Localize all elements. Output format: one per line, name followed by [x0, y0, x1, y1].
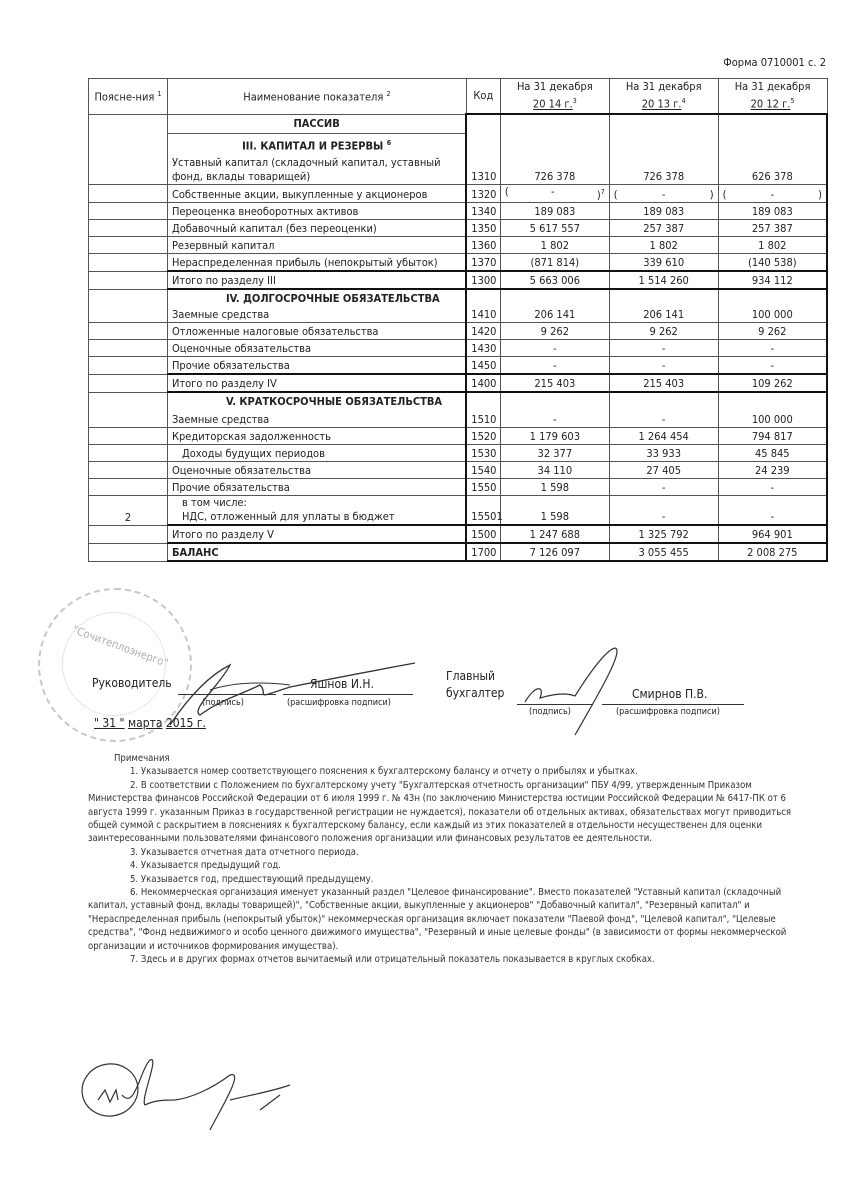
code-cell: 1310	[466, 114, 500, 184]
note-item: 6. Некоммерческая организация именует ук…	[88, 886, 808, 953]
value-cell: (871 814)	[500, 254, 609, 272]
accountant-name: Смирнов П.В.	[632, 687, 707, 701]
accountant-label: Главныйбухгалтер	[446, 668, 504, 702]
table-row: Оценочные обязательства 1430 - - -	[89, 340, 828, 357]
table-row: Резервный капитал 1360 1 802 1 802 1 802	[89, 237, 828, 254]
row-name: в том числе:НДС, отложенный для уплаты в…	[167, 496, 466, 526]
value-cell: (140 538)	[718, 254, 827, 272]
code-cell: 15501	[466, 496, 500, 526]
decode-caption: (расшифровка подписи)	[616, 707, 720, 717]
total-row: Итого по разделу III 1300 5 663 006 1 51…	[89, 271, 828, 289]
table-row: Нераспределенная прибыль (непокрытый убы…	[89, 254, 828, 272]
row-name: Заемные средства	[167, 409, 466, 428]
code-cell: 1370	[466, 254, 500, 272]
page-signature-icon	[80, 1040, 300, 1135]
row-name: Резервный капитал	[167, 237, 466, 254]
code-cell: 1300	[466, 271, 500, 289]
row-name: Оценочные обязательства	[167, 462, 466, 479]
value-cell: 9 262	[500, 323, 609, 340]
value-cell: 1 179 603	[500, 428, 609, 445]
section-row: ПАССИВ 1310 726 378 726 378 626 378	[89, 114, 828, 133]
row-name: Прочие обязательства	[167, 479, 466, 496]
table-row: Собственные акции, выкупленные у акционе…	[89, 184, 828, 203]
value-cell: 206 141	[500, 289, 609, 323]
value-cell: -	[718, 496, 827, 526]
value-cell: 726 378	[609, 114, 718, 184]
value-cell: 189 083	[718, 203, 827, 220]
passiv-title: ПАССИВ	[167, 114, 466, 133]
value-cell: 45 845	[718, 445, 827, 462]
value-cell: 5 617 557	[500, 220, 609, 237]
value-cell: 726 378	[500, 114, 609, 184]
value-cell: 1 802	[718, 237, 827, 254]
table-row: Переоценка внеоборотных активов 1340 189…	[89, 203, 828, 220]
value-cell: -	[609, 357, 718, 375]
row-name: Нераспределенная прибыль (непокрытый убы…	[167, 254, 466, 272]
value-cell: 1 325 792	[609, 525, 718, 543]
value-cell: 1 802	[500, 237, 609, 254]
table-row: Доходы будущих периодов 1530 32 377 33 9…	[89, 445, 828, 462]
value-cell: 189 083	[609, 203, 718, 220]
total-row: Итого по разделу V 1500 1 247 688 1 325 …	[89, 525, 828, 543]
value-cell: 189 083	[500, 203, 609, 220]
note-cell: 2	[89, 496, 168, 526]
value-cell: 34 110	[500, 462, 609, 479]
value-cell: 215 403	[500, 374, 609, 392]
code-cell: 1700	[466, 543, 500, 561]
table-row: Прочие обязательства 1450 - - -	[89, 357, 828, 375]
value-cell: 9 262	[609, 323, 718, 340]
code-cell: 1420	[466, 323, 500, 340]
row-name: Переоценка внеоборотных активов	[167, 203, 466, 220]
code-cell: 1450	[466, 357, 500, 375]
balance-sheet-table: Поясне-ния 1 Наименование показателя 2 К…	[88, 78, 828, 562]
code-cell: 1530	[466, 445, 500, 462]
notes-section: Примечания 1. Указывается номер соответс…	[88, 752, 808, 967]
value-cell: 109 262	[718, 374, 827, 392]
value-cell: 100 000	[718, 289, 827, 323]
header-code: Код	[466, 79, 500, 115]
code-cell: 1340	[466, 203, 500, 220]
value-cell: 2 008 275	[718, 543, 827, 561]
header-2013: На 31 декабря20 13 г.4	[609, 79, 718, 115]
value-cell: 3 055 455	[609, 543, 718, 561]
value-cell: 1 247 688	[500, 525, 609, 543]
row-name: Заемные средства	[167, 306, 466, 323]
value-cell: 1 598	[500, 496, 609, 526]
value-cell: -	[500, 357, 609, 375]
section-title-row: IV. ДОЛГОСРОЧНЫЕ ОБЯЗАТЕЛЬСТВА 1410 206 …	[89, 289, 828, 306]
value-cell: (-)7	[500, 184, 609, 203]
value-cell: 1 598	[500, 479, 609, 496]
signature-date: " 31 " марта 2015 г.	[94, 716, 206, 730]
notes-title: Примечания	[114, 752, 808, 765]
value-cell: 33 933	[609, 445, 718, 462]
row-name: Добавочный капитал (без переоценки)	[167, 220, 466, 237]
value-cell: 1 264 454	[609, 428, 718, 445]
code-cell: 1400	[466, 374, 500, 392]
value-cell: 257 387	[718, 220, 827, 237]
header-explanations: Поясне-ния 1	[89, 79, 168, 115]
table-row: 2 в том числе:НДС, отложенный для уплаты…	[89, 496, 828, 526]
value-cell: 626 378	[718, 114, 827, 184]
note-item: 7. Здесь и в других формах отчетов вычит…	[88, 953, 808, 966]
value-cell: -	[609, 479, 718, 496]
form-reference: Форма 0710001 с. 2	[723, 56, 826, 69]
section-4-title: IV. ДОЛГОСРОЧНЫЕ ОБЯЗАТЕЛЬСТВА	[167, 289, 466, 306]
code-cell: 1510	[466, 392, 500, 428]
value-cell: -	[500, 340, 609, 357]
value-cell: 9 262	[718, 323, 827, 340]
row-name: Прочие обязательства	[167, 357, 466, 375]
section-title-row: V. КРАТКОСРОЧНЫЕ ОБЯЗАТЕЛЬСТВА 1510 - - …	[89, 392, 828, 409]
value-cell: -	[500, 392, 609, 428]
section-3-title: III. КАПИТАЛ И РЕЗЕРВЫ 6	[167, 133, 466, 154]
row-name: Кредиторская задолженность	[167, 428, 466, 445]
note-item: 1. Указывается номер соответствующего по…	[88, 765, 808, 778]
header-indicator-name: Наименование показателя 2	[167, 79, 466, 115]
value-cell: (-)	[718, 184, 827, 203]
row-name: Собственные акции, выкупленные у акционе…	[167, 184, 466, 203]
row-name: Итого по разделу IV	[167, 374, 466, 392]
value-cell: 100 000	[718, 392, 827, 428]
value-cell: -	[609, 340, 718, 357]
value-cell: 7 126 097	[500, 543, 609, 561]
row-name: БАЛАНС	[167, 543, 466, 561]
row-name: Оценочные обязательства	[167, 340, 466, 357]
note-item: 4. Указывается предыдущий год.	[88, 859, 808, 872]
value-cell: 206 141	[609, 289, 718, 323]
code-cell: 1360	[466, 237, 500, 254]
value-cell: 5 663 006	[500, 271, 609, 289]
code-cell: 1430	[466, 340, 500, 357]
row-name: Уставный капитал (складочный капитал, ус…	[167, 154, 466, 185]
value-cell: 215 403	[609, 374, 718, 392]
value-cell: -	[609, 496, 718, 526]
total-row: Итого по разделу IV 1400 215 403 215 403…	[89, 374, 828, 392]
value-cell: 339 610	[609, 254, 718, 272]
code-cell: 1410	[466, 289, 500, 323]
table-row: Отложенные налоговые обязательства 1420 …	[89, 323, 828, 340]
value-cell: 934 112	[718, 271, 827, 289]
code-cell: 1550	[466, 479, 500, 496]
value-cell: 257 387	[609, 220, 718, 237]
value-cell: -	[718, 479, 827, 496]
note-item: 3. Указывается отчетная дата отчетного п…	[88, 846, 808, 859]
note-item: 2. В соответствии с Положением по бухгал…	[88, 779, 808, 846]
row-name: Итого по разделу III	[167, 271, 466, 289]
table-row: Прочие обязательства 1550 1 598 - -	[89, 479, 828, 496]
table-header-row: Поясне-ния 1 Наименование показателя 2 К…	[89, 79, 828, 115]
value-cell: (-)	[609, 184, 718, 203]
value-cell: 27 405	[609, 462, 718, 479]
value-cell: 1 514 260	[609, 271, 718, 289]
value-cell: 964 901	[718, 525, 827, 543]
value-cell: -	[609, 392, 718, 428]
code-cell: 1350	[466, 220, 500, 237]
code-cell: 1520	[466, 428, 500, 445]
row-name: Отложенные налоговые обязательства	[167, 323, 466, 340]
value-cell: 32 377	[500, 445, 609, 462]
value-cell: -	[718, 357, 827, 375]
table-row: Оценочные обязательства 1540 34 110 27 4…	[89, 462, 828, 479]
value-cell: 24 239	[718, 462, 827, 479]
note-item: 5. Указывается год, предшествующий преды…	[88, 873, 808, 886]
header-2014: На 31 декабря20 14 г.3	[500, 79, 609, 115]
table-row: Добавочный капитал (без переоценки) 1350…	[89, 220, 828, 237]
row-name: Доходы будущих периодов	[167, 445, 466, 462]
value-cell: -	[718, 340, 827, 357]
row-name: Итого по разделу V	[167, 525, 466, 543]
value-cell: 794 817	[718, 428, 827, 445]
header-2012: На 31 декабря20 12 г.5	[718, 79, 827, 115]
balance-row: БАЛАНС 1700 7 126 097 3 055 455 2 008 27…	[89, 543, 828, 561]
value-cell: 1 802	[609, 237, 718, 254]
accountant-signature-icon	[515, 640, 625, 740]
section-5-title: V. КРАТКОСРОЧНЫЕ ОБЯЗАТЕЛЬСТВА	[167, 392, 466, 409]
code-cell: 1540	[466, 462, 500, 479]
table-row: Кредиторская задолженность 1520 1 179 60…	[89, 428, 828, 445]
code-cell: 1500	[466, 525, 500, 543]
code-cell: 1320	[466, 184, 500, 203]
